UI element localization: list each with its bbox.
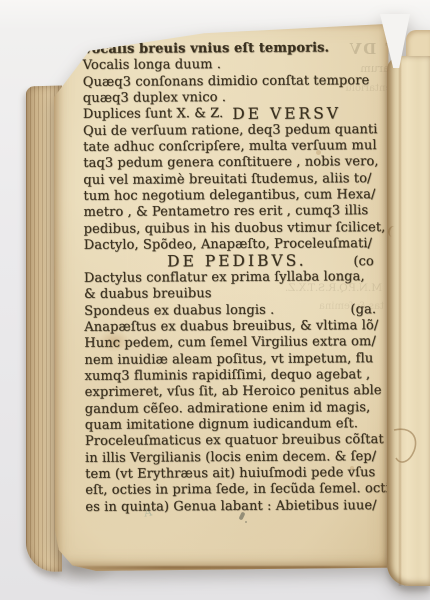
book-photo: ANT DV Syllabarum Commentariolũ M.N.P.Q.…: [0, 0, 430, 600]
facing-page-sliver: [387, 56, 430, 586]
gutter-crease: [398, 56, 402, 586]
thread-fragment: [392, 424, 422, 479]
book-page: ANT DV Syllabarum Commentariolũ M.N.P.Q.…: [52, 20, 390, 572]
page-edge-shading: [52, 20, 390, 572]
open-book: ANT DV Syllabarum Commentariolũ M.N.P.Q.…: [0, 0, 430, 600]
